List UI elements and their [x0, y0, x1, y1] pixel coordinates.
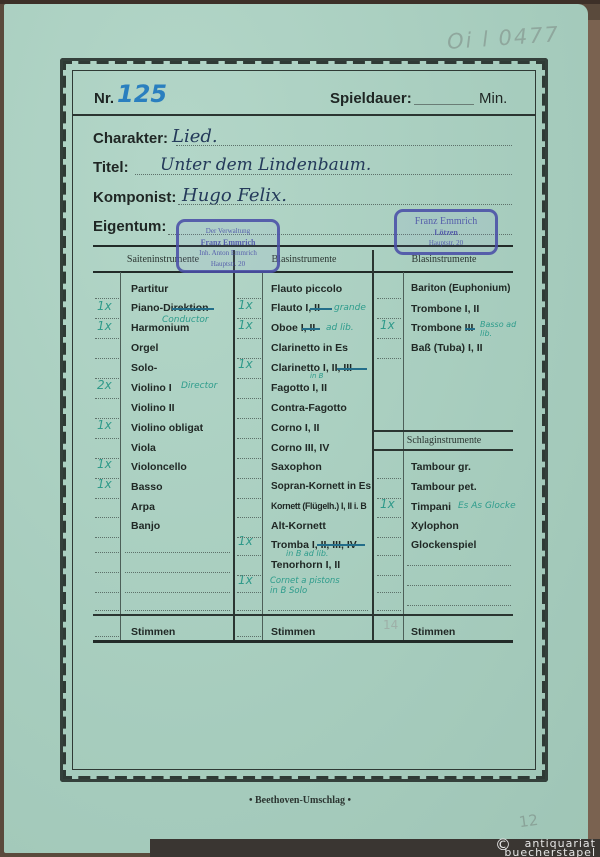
inst-clarinetto-es: Clarinetto in Es	[271, 342, 348, 354]
note-es-as-glocke: Es As Glocke	[458, 501, 516, 511]
check-mark: 1x	[97, 477, 112, 491]
titel-label: Titel:	[93, 159, 129, 176]
schlag-title: Schlaginstrumente	[376, 435, 512, 446]
col-divider-1	[233, 250, 235, 642]
inst-viola: Viola	[131, 442, 156, 454]
stamp-line: Franz Emmrich	[179, 237, 277, 248]
table-header-rule	[93, 271, 513, 273]
inst-glockenspiel: Glockenspiel	[411, 539, 476, 551]
inst-harmonium: Harmonium	[131, 322, 189, 334]
inst-corno-1-2: Corno I, II	[271, 422, 319, 434]
inst-basso: Basso	[131, 481, 163, 493]
inst-violino-1: Violino I	[131, 382, 172, 394]
pencil-page-number: 12	[518, 811, 539, 831]
inst-violino-2: Violino II	[131, 402, 175, 414]
scan-right-edge	[588, 20, 600, 857]
strikethrough	[317, 544, 365, 546]
inst-solo: Solo-	[131, 362, 157, 374]
inst-bariton: Bariton (Euphonium)	[411, 283, 510, 294]
komponist-label: Komponist:	[93, 189, 176, 206]
nr-label: Nr.	[94, 90, 114, 107]
inst-banjo: Banjo	[131, 520, 160, 532]
watermark-line2: buecherstapel	[150, 848, 596, 857]
spieldauer-field	[414, 104, 474, 105]
inst-trombone-1-2: Trombone I, II	[411, 303, 479, 315]
strikethrough	[302, 328, 320, 330]
inst-corno-3-4: Corno III, IV	[271, 442, 329, 454]
nr-value: 125	[117, 80, 167, 108]
komponist-line	[178, 204, 512, 205]
inst-flauto-piccolo: Flauto piccolo	[271, 283, 342, 295]
stimmen-dotline	[237, 636, 261, 637]
copyright-icon: ©	[495, 840, 512, 849]
check-col-divider-1	[120, 272, 121, 642]
charakter-value: Lied.	[172, 126, 218, 147]
check-mark: 1x	[238, 298, 253, 312]
inst-timpani: Timpani	[411, 501, 451, 513]
titel-line	[135, 174, 512, 175]
watermark: © antiquariat buecherstapel	[150, 839, 600, 857]
inst-tambour-gr: Tambour gr.	[411, 461, 471, 473]
ownership-stamp-left: Der Verwaltung Franz Emmrich Inh. Anton …	[176, 219, 280, 273]
strikethrough	[172, 308, 214, 310]
saiten-stimmen-label: Stimmen	[131, 626, 175, 638]
check-mark: 1x	[380, 318, 395, 332]
inner-frame	[72, 70, 536, 770]
check-mark: 1x	[238, 318, 253, 332]
stimmen-top-rule	[93, 614, 513, 616]
stamp-line: Hauptstr. 20	[397, 238, 495, 249]
col-divider-2	[372, 250, 374, 642]
inst-partitur: Partitur	[131, 283, 168, 295]
note-in-b: in B	[310, 372, 323, 380]
inst-xylophon: Xylophon	[411, 520, 459, 532]
inst-alt-kornett: Alt-Kornett	[271, 520, 326, 532]
note-ad-lib: ad lib.	[326, 323, 354, 333]
stamp-line: Inh. Anton Emmrich	[179, 248, 277, 259]
note-basso-ad-lib: Basso ad lib.	[480, 320, 518, 338]
komponist-value: Hugo Felix.	[182, 185, 287, 206]
blas2-title: Blasinstrumente	[376, 254, 512, 265]
eigentum-label: Eigentum:	[93, 218, 166, 235]
table-bottom-rule	[93, 640, 513, 643]
charakter-line	[176, 145, 512, 146]
inst-violino-obligat: Violino obligat	[131, 422, 203, 434]
inst-sopran-kornett: Sopran-Kornett in Es	[271, 481, 371, 492]
note-director: Director	[181, 381, 217, 391]
min-label: Min.	[479, 90, 507, 107]
check-col-divider-3	[403, 272, 404, 642]
schlag-top-rule	[373, 430, 513, 432]
schlag-header-rule	[373, 449, 513, 451]
strikethrough	[465, 328, 475, 330]
inst-contra-fagotto: Contra-Fagotto	[271, 402, 347, 414]
spieldauer-label: Spieldauer:	[330, 90, 412, 107]
titel-value: Unter dem Lindenbaum.	[160, 155, 371, 175]
check-mark: 2x	[97, 378, 112, 392]
check-mark: 1x	[97, 457, 112, 471]
inst-fagotto: Fagotto I, II	[271, 382, 327, 394]
inst-bass-tuba: Baß (Tuba) I, II	[411, 342, 483, 354]
check-col-divider-2	[262, 272, 263, 642]
inst-tenorhorn: Tenorhorn I, II	[271, 559, 340, 571]
check-mark: 1x	[238, 357, 253, 371]
inst-violoncello: Violoncello	[131, 461, 187, 473]
stimmen-dotline	[95, 636, 119, 637]
charakter-label: Charakter:	[93, 130, 168, 147]
note-cornet-a-pistons: Cornet a pistons in B Solo	[270, 576, 340, 596]
check-mark: 1x	[380, 497, 395, 511]
pencil-stimmen-count: 14	[383, 618, 398, 632]
stamp-line: Hauptstr. 20	[179, 259, 277, 270]
check-mark: 1x	[97, 319, 112, 333]
publisher-mark: • Beethoven-Umschlag •	[0, 795, 600, 806]
blas1-stimmen-label: Stimmen	[271, 626, 315, 638]
inst-tambour-pet: Tambour pet.	[411, 481, 477, 493]
strikethrough	[337, 368, 367, 370]
check-mark: 1x	[97, 299, 112, 313]
stamp-line: Lötzen	[397, 227, 495, 238]
stamp-line: Franz Emmrich	[397, 216, 495, 227]
note-in-b-ad-lib: in B ad lib.	[286, 549, 328, 558]
inst-arpa: Arpa	[131, 501, 155, 513]
inst-saxophon: Saxophon	[271, 461, 322, 473]
inst-orgel: Orgel	[131, 342, 158, 354]
inst-kornett-fluegelhorn: Kornett (Flügelh.) I, II i. B	[271, 501, 366, 511]
strikethrough	[310, 308, 332, 310]
ownership-stamp-right: Franz Emmrich Lötzen Hauptstr. 20	[394, 209, 498, 255]
check-mark: 1x	[97, 418, 112, 432]
header-divider	[72, 114, 536, 116]
stamp-line: Der Verwaltung	[179, 226, 277, 237]
blas2-stimmen-label: Stimmen	[411, 626, 455, 638]
note-grande: grande	[334, 303, 366, 313]
